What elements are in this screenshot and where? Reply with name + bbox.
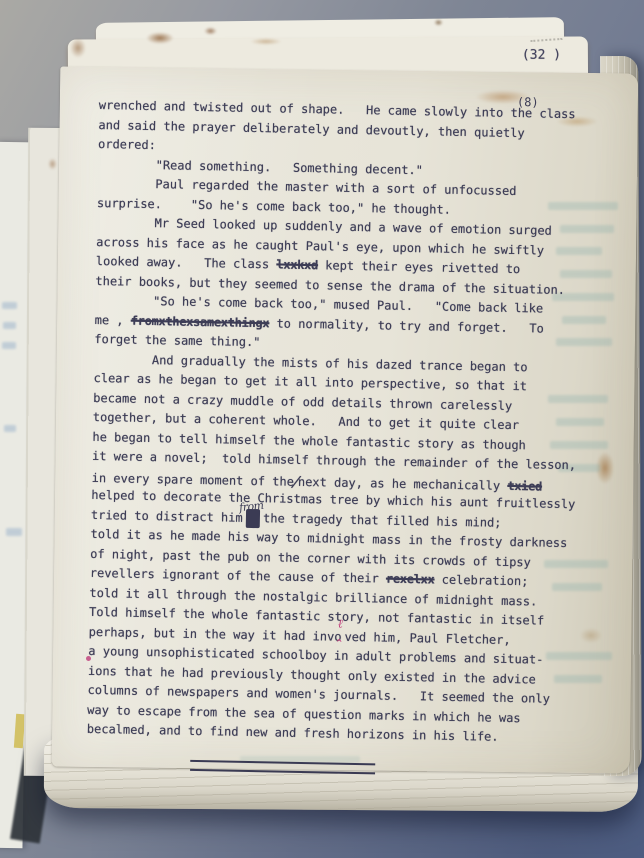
bleed-through-text: [2, 342, 16, 349]
typed-lines: wrenched and twisted out of shape. He ca…: [87, 96, 607, 749]
pink-margin-dot: [86, 656, 91, 661]
pencil-scribble: [530, 29, 563, 42]
typed-text: forget the same thing.": [94, 332, 260, 349]
rust-stain: [146, 32, 174, 44]
bleed-through-text: [2, 302, 17, 309]
typed-text: Paul regarded the master with a sort of …: [155, 177, 516, 198]
handwritten-correction: from: [238, 495, 264, 517]
back-page-number: (32 ): [522, 48, 561, 63]
bleed-through-text: [6, 528, 22, 536]
struck-out-word: txied: [507, 478, 542, 493]
typed-text: looked away. The class: [96, 254, 277, 271]
page-number: (8): [517, 95, 539, 109]
typed-text: to normality, to try and forget. To: [269, 316, 544, 335]
rust-stain: [434, 19, 443, 26]
rust-stain: [48, 158, 57, 170]
bleed-through-text: [3, 322, 16, 329]
struck-out-word: rexelxx: [386, 572, 435, 587]
typed-text: the tragedy that filled his mind;: [263, 511, 502, 530]
struck-out-word: fromxthexsamexthingx: [131, 313, 270, 330]
typed-text: perhaps, but in the way it had invo: [89, 624, 342, 643]
typed-text: celebration;: [434, 573, 528, 589]
rust-stain: [70, 38, 86, 58]
struck-out-word: lxxkxd: [276, 257, 318, 272]
rust-stain: [250, 38, 282, 45]
struck-out-word: tofrom: [245, 508, 260, 528]
photograph: (32 ) (8) wrenched and twisted out of sh…: [0, 0, 644, 858]
typescript-text-layer: (8) wrenched and twisted out of shape. H…: [87, 96, 607, 749]
typed-text: tried to distract him: [91, 507, 243, 524]
typed-text: kept their eyes rivetted to: [318, 258, 521, 276]
typed-text: ordered:: [98, 137, 156, 152]
typed-text: ved him, Paul Fletcher,: [344, 629, 510, 646]
typed-text: me ,: [95, 312, 131, 327]
rust-stain: [204, 27, 217, 35]
typed-text: revellers ignorant of the cause of their: [90, 566, 386, 586]
typed-text: "Read something. Something decent.": [156, 158, 424, 177]
handwritten-insertion: ℓ^: [341, 628, 344, 640]
bleed-through-text: [4, 425, 16, 432]
